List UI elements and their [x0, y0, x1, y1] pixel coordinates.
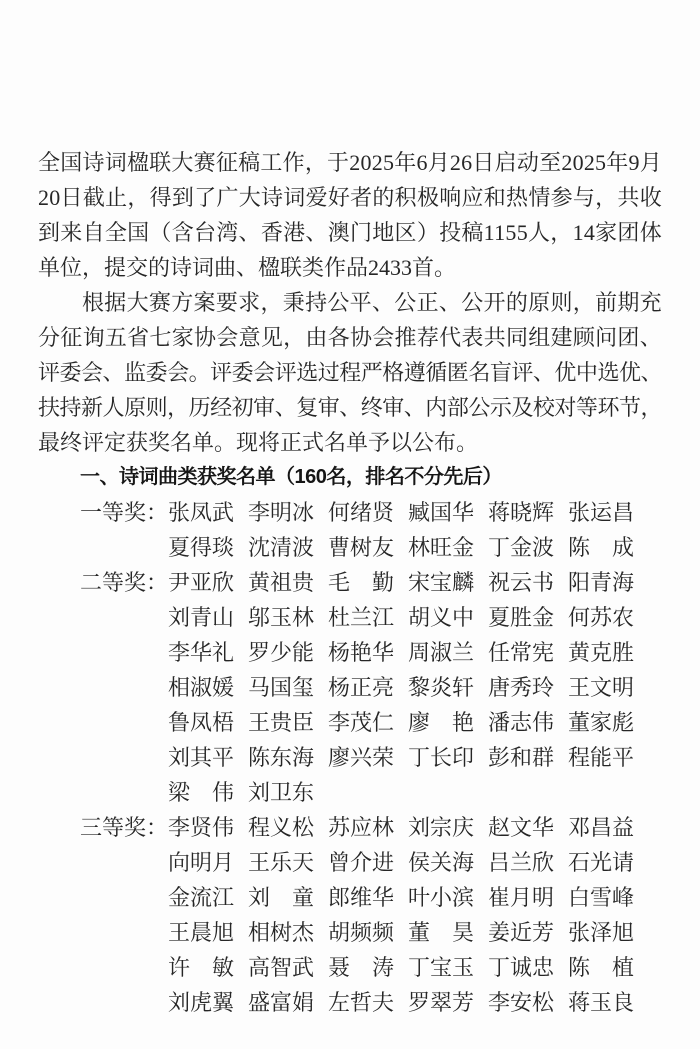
- winner-name: 刘卫东: [248, 775, 314, 810]
- name-row: 刘其平陈东海廖兴荣丁长印彭和群程能平: [168, 740, 662, 775]
- body-paragraphs: 全国诗词楹联大赛征稿工作，于2025年6月26日启动至2025年9月20日截止，…: [38, 145, 662, 460]
- section-heading: 一、诗词曲类获奖名单（160名，排名不分先后）: [80, 460, 662, 495]
- text-line-content: 分征询五省七家协会意见，由各协会推荐代表共同组建顾问团、: [38, 325, 662, 350]
- winner-name: 程能平: [568, 740, 634, 775]
- award-tier-label: 二等奖：: [80, 565, 168, 600]
- winner-name: 杜兰江: [328, 600, 394, 635]
- name-row: 相淑媛马国玺杨正亮黎炎轩唐秀玲王文明: [168, 670, 662, 705]
- winner-name: 盛富娟: [248, 985, 314, 1020]
- winner-name: 苏应林: [328, 810, 394, 845]
- name-row: 李华礼罗少能杨艳华周淑兰任常宪黄克胜: [168, 635, 662, 670]
- winner-name: 夏胜金: [488, 600, 554, 635]
- award-rows: 张凤武李明冰何绪贤臧国华蒋晓辉张运昌夏得琰沈清波曹树友林旺金丁金波陈 成: [168, 495, 662, 565]
- text-line: 20日截止，得到了广大诗词爱好者的积极响应和热情参与，共收: [38, 180, 662, 215]
- award-section: 三等奖：李贤伟程义松苏应林刘宗庆赵文华邓昌益向明月王乐天曾介进侯关海吕兰欣石光请…: [80, 810, 662, 1020]
- text-line: 全国诗词楹联大赛征稿工作，于2025年6月26日启动至2025年9月: [38, 145, 662, 180]
- winner-name: 刘虎翼: [168, 985, 234, 1020]
- winner-name: 邬玉林: [248, 600, 314, 635]
- name-row: 梁 伟刘卫东: [168, 775, 662, 810]
- text-line-content: 扶持新人原则，历经初审、复审、终审、内部公示及校对等环节，: [38, 395, 662, 420]
- winner-name: 廖兴荣: [328, 740, 394, 775]
- winner-name: 何绪贤: [328, 495, 394, 530]
- text-line-content: 单位，提交的诗词曲、楹联类作品2433首。: [38, 255, 456, 280]
- winner-name: 曹树友: [328, 530, 394, 565]
- text-line-content: 到来自全国（含台湾、香港、澳门地区）投稿1155人，14家团体: [38, 220, 662, 245]
- winner-name: 李明冰: [248, 495, 314, 530]
- winner-name: 潘志伟: [488, 705, 554, 740]
- winner-name: 周淑兰: [408, 635, 474, 670]
- winner-name: 毛 勤: [328, 565, 394, 600]
- winner-name: 唐秀玲: [488, 670, 554, 705]
- name-row: 许 敏高智武聂 涛丁宝玉丁诚忠陈 植: [168, 950, 662, 985]
- name-row: 李贤伟程义松苏应林刘宗庆赵文华邓昌益: [168, 810, 662, 845]
- winner-name: 刘青山: [168, 600, 234, 635]
- winner-name: 马国玺: [248, 670, 314, 705]
- name-row: 夏得琰沈清波曹树友林旺金丁金波陈 成: [168, 530, 662, 565]
- winner-name: 丁长印: [408, 740, 474, 775]
- text-line: 到来自全国（含台湾、香港、澳门地区）投稿1155人，14家团体: [38, 215, 662, 250]
- winner-name: 左哲夫: [328, 985, 394, 1020]
- winner-name: 白雪峰: [568, 880, 634, 915]
- winner-name: 丁金波: [488, 530, 554, 565]
- text-line-content: 根据大赛方案要求，秉持公平、公正、公开的原则，前期充: [82, 290, 662, 315]
- text-line-content: 评委会、监委会。评委会评选过程严格遵循匿名盲评、优中选优、: [38, 360, 662, 385]
- text-line-content: 20日截止，得到了广大诗词爱好者的积极响应和热情参与，共收: [38, 185, 662, 210]
- winner-name: 臧国华: [408, 495, 474, 530]
- award-section: 二等奖：尹亚欣黄祖贵毛 勤宋宝麟祝云书阳青海刘青山邬玉林杜兰江胡义中夏胜金何苏农…: [80, 565, 662, 810]
- name-row: 尹亚欣黄祖贵毛 勤宋宝麟祝云书阳青海: [168, 565, 662, 600]
- text-line: 最终评定获奖名单。现将正式名单予以公布。: [38, 425, 662, 460]
- page-container: 全国诗词楹联大赛征稿工作，于2025年6月26日启动至2025年9月20日截止，…: [0, 0, 700, 1049]
- winner-name: 梁 伟: [168, 775, 234, 810]
- winner-name: 祝云书: [488, 565, 554, 600]
- paragraph: 全国诗词楹联大赛征稿工作，于2025年6月26日启动至2025年9月20日截止，…: [38, 145, 662, 285]
- text-line: 根据大赛方案要求，秉持公平、公正、公开的原则，前期充: [38, 285, 662, 320]
- winner-name: 沈清波: [248, 530, 314, 565]
- winner-name: 相淑媛: [168, 670, 234, 705]
- winner-name: 罗少能: [248, 635, 314, 670]
- winner-name: 董家彪: [568, 705, 634, 740]
- winner-name: 金流江: [168, 880, 234, 915]
- text-line-content: 最终评定获奖名单。现将正式名单予以公布。: [38, 430, 478, 455]
- winner-name: 王文明: [568, 670, 634, 705]
- award-rows: 李贤伟程义松苏应林刘宗庆赵文华邓昌益向明月王乐天曾介进侯关海吕兰欣石光请金流江刘…: [168, 810, 662, 1020]
- winner-name: 聂 涛: [328, 950, 394, 985]
- award-rows: 尹亚欣黄祖贵毛 勤宋宝麟祝云书阳青海刘青山邬玉林杜兰江胡义中夏胜金何苏农李华礼罗…: [168, 565, 662, 810]
- winner-name: 陈 成: [568, 530, 634, 565]
- winner-name: 宋宝麟: [408, 565, 474, 600]
- name-row: 金流江刘 童郎维华叶小滨崔月明白雪峰: [168, 880, 662, 915]
- winner-name: 陈东海: [248, 740, 314, 775]
- winner-name: 鲁凤梧: [168, 705, 234, 740]
- winner-name: 张凤武: [168, 495, 234, 530]
- winner-name: 林旺金: [408, 530, 474, 565]
- winner-name: 李华礼: [168, 635, 234, 670]
- name-row: 刘虎翼盛富娟左哲夫罗翠芳李安松蒋玉良: [168, 985, 662, 1020]
- winner-name: 王乐天: [248, 845, 314, 880]
- winner-name: 张泽旭: [568, 915, 634, 950]
- award-tier-label: 三等奖：: [80, 810, 168, 845]
- name-row: 张凤武李明冰何绪贤臧国华蒋晓辉张运昌: [168, 495, 662, 530]
- winner-name: 王贵臣: [248, 705, 314, 740]
- winner-name: 王晨旭: [168, 915, 234, 950]
- award-tier-label: 一等奖：: [80, 495, 168, 530]
- name-row: 王晨旭相树杰胡频频董 昊姜近芳张泽旭: [168, 915, 662, 950]
- winner-name: 赵文华: [488, 810, 554, 845]
- winner-name: 何苏农: [568, 600, 634, 635]
- winner-name: 相树杰: [248, 915, 314, 950]
- winner-name: 程义松: [248, 810, 314, 845]
- winner-name: 蒋晓辉: [488, 495, 554, 530]
- winner-name: 杨艳华: [328, 635, 394, 670]
- winner-name: 杨正亮: [328, 670, 394, 705]
- winner-name: 侯关海: [408, 845, 474, 880]
- winner-name: 阳青海: [568, 565, 634, 600]
- winner-name: 刘 童: [248, 880, 314, 915]
- winner-name: 刘宗庆: [408, 810, 474, 845]
- winner-name: 罗翠芳: [408, 985, 474, 1020]
- text-line: 单位，提交的诗词曲、楹联类作品2433首。: [38, 250, 662, 285]
- winner-name: 李茂仁: [328, 705, 394, 740]
- winner-name: 尹亚欣: [168, 565, 234, 600]
- winner-name: 黎炎轩: [408, 670, 474, 705]
- award-list: 一等奖：张凤武李明冰何绪贤臧国华蒋晓辉张运昌夏得琰沈清波曹树友林旺金丁金波陈 成…: [38, 495, 662, 1020]
- winner-name: 丁宝玉: [408, 950, 474, 985]
- name-row: 向明月王乐天曾介进侯关海吕兰欣石光请: [168, 845, 662, 880]
- winner-name: 姜近芳: [488, 915, 554, 950]
- winner-name: 李安松: [488, 985, 554, 1020]
- award-section: 一等奖：张凤武李明冰何绪贤臧国华蒋晓辉张运昌夏得琰沈清波曹树友林旺金丁金波陈 成: [80, 495, 662, 565]
- winner-name: 陈 植: [568, 950, 634, 985]
- winner-name: 郎维华: [328, 880, 394, 915]
- winner-name: 吕兰欣: [488, 845, 554, 880]
- winner-name: 高智武: [248, 950, 314, 985]
- text-line: 评委会、监委会。评委会评选过程严格遵循匿名盲评、优中选优、: [38, 355, 662, 390]
- text-line: 扶持新人原则，历经初审、复审、终审、内部公示及校对等环节，: [38, 390, 662, 425]
- winner-name: 夏得琰: [168, 530, 234, 565]
- winner-name: 胡频频: [328, 915, 394, 950]
- winner-name: 刘其平: [168, 740, 234, 775]
- winner-name: 廖 艳: [408, 705, 474, 740]
- winner-name: 向明月: [168, 845, 234, 880]
- winner-name: 任常宪: [488, 635, 554, 670]
- winner-name: 曾介进: [328, 845, 394, 880]
- winner-name: 叶小滨: [408, 880, 474, 915]
- paragraph: 根据大赛方案要求，秉持公平、公正、公开的原则，前期充分征询五省七家协会意见，由各…: [38, 285, 662, 460]
- text-line-content: 全国诗词楹联大赛征稿工作，于2025年6月26日启动至2025年9月: [38, 150, 662, 175]
- text-line: 分征询五省七家协会意见，由各协会推荐代表共同组建顾问团、: [38, 320, 662, 355]
- winner-name: 张运昌: [568, 495, 634, 530]
- winner-name: 董 昊: [408, 915, 474, 950]
- winner-name: 黄祖贵: [248, 565, 314, 600]
- winner-name: 丁诚忠: [488, 950, 554, 985]
- winner-name: 邓昌益: [568, 810, 634, 845]
- winner-name: 石光请: [568, 845, 634, 880]
- winner-name: 胡义中: [408, 600, 474, 635]
- winner-name: 许 敏: [168, 950, 234, 985]
- winner-name: 蒋玉良: [568, 985, 634, 1020]
- name-row: 刘青山邬玉林杜兰江胡义中夏胜金何苏农: [168, 600, 662, 635]
- winner-name: 黄克胜: [568, 635, 634, 670]
- name-row: 鲁凤梧王贵臣李茂仁廖 艳潘志伟董家彪: [168, 705, 662, 740]
- winner-name: 彭和群: [488, 740, 554, 775]
- winner-name: 崔月明: [488, 880, 554, 915]
- winner-name: 李贤伟: [168, 810, 234, 845]
